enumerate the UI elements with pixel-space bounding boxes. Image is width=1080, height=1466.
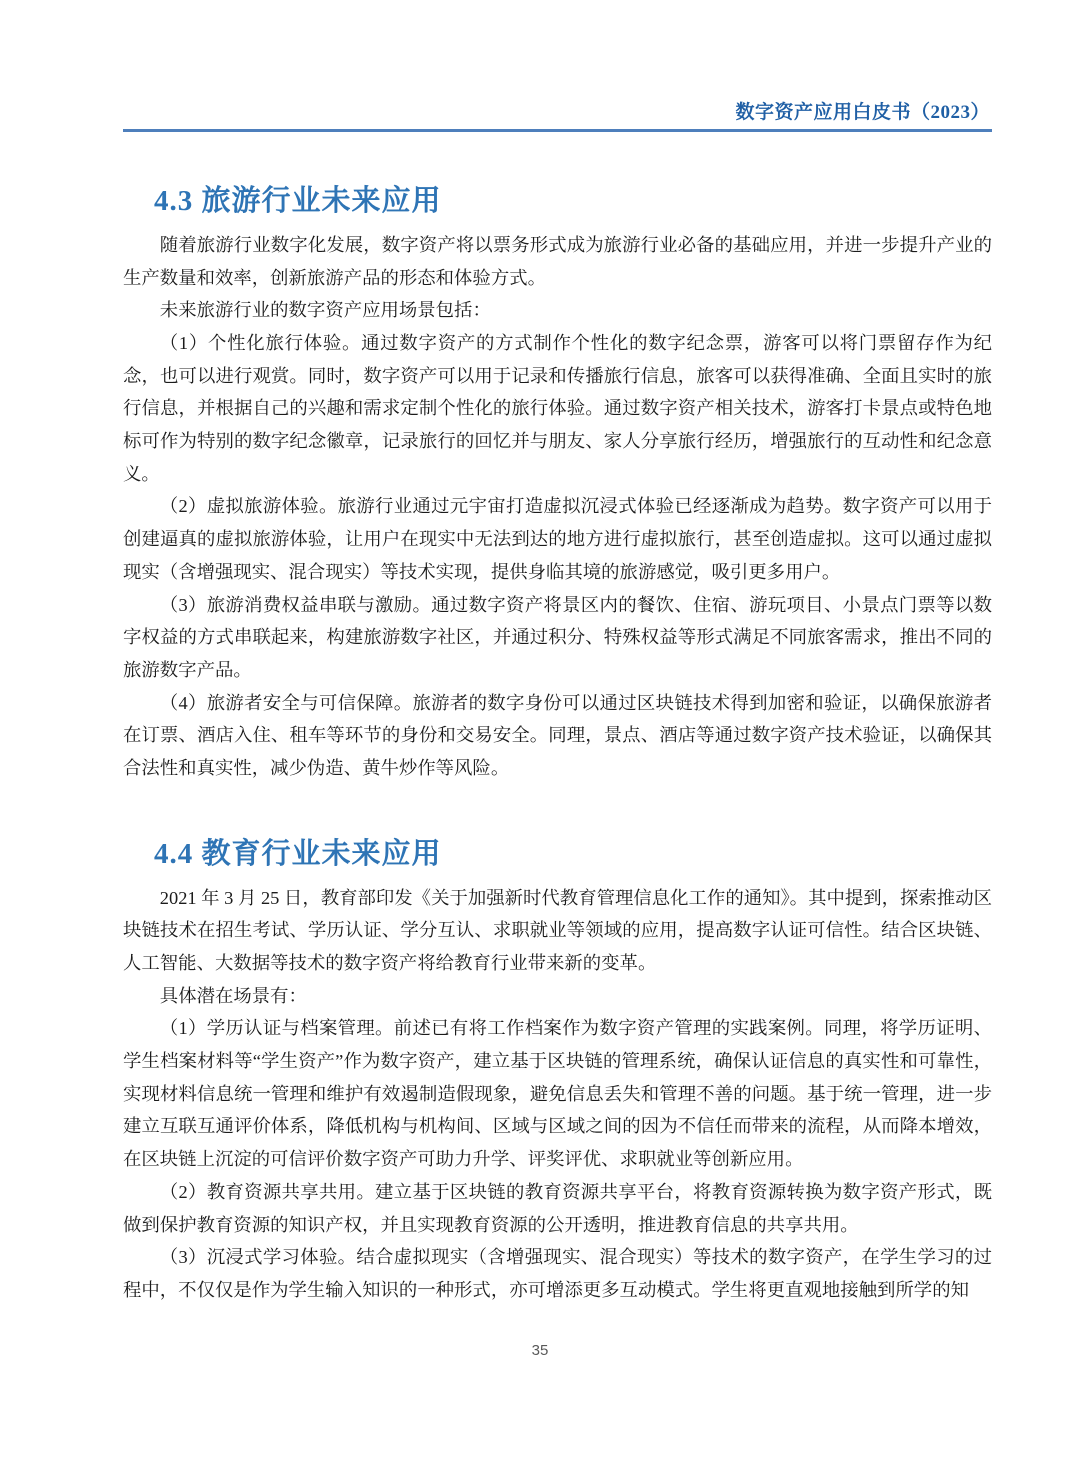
- document-body: 4.3 旅游行业未来应用 随着旅游行业数字化发展，数字资产将以票务形式成为旅游行…: [123, 184, 992, 1307]
- paragraph: （2）教育资源共享共用。建立基于区块链的教育资源共享平台，将教育资源转换为数字资…: [123, 1176, 992, 1241]
- paragraph: 具体潜在场景有：: [123, 980, 992, 1013]
- paragraph: （3）旅游消费权益串联与激励。通过数字资产将景区内的餐饮、住宿、游玩项目、小景点…: [123, 589, 992, 687]
- page-header: 数字资产应用白皮书（2023）: [123, 0, 992, 132]
- document-page: 数字资产应用白皮书（2023） 4.3 旅游行业未来应用 随着旅游行业数字化发展…: [0, 0, 1080, 1466]
- section-travel-industry: 4.3 旅游行业未来应用 随着旅游行业数字化发展，数字资产将以票务形式成为旅游行…: [123, 184, 992, 785]
- page-footer: 35: [0, 1342, 1080, 1360]
- paragraph: （4）旅游者安全与可信保障。旅游者的数字身份可以通过区块链技术得到加密和验证，以…: [123, 687, 992, 785]
- header-title: 数字资产应用白皮书（2023）: [735, 102, 990, 123]
- page-number: 35: [532, 1342, 549, 1359]
- paragraph: （1）个性化旅行体验。通过数字资产的方式制作个性化的数字纪念票，游客可以将门票留…: [123, 327, 992, 491]
- section-paragraphs-travel: 随着旅游行业数字化发展，数字资产将以票务形式成为旅游行业必备的基础应用，并进一步…: [123, 229, 992, 785]
- paragraph: （1）学历认证与档案管理。前述已有将工作档案作为数字资产管理的实践案例。同理，将…: [123, 1012, 992, 1176]
- section-education-industry: 4.4 教育行业未来应用 2021 年 3 月 25 日，教育部印发《关于加强新…: [123, 837, 992, 1307]
- section-heading-education: 4.4 教育行业未来应用: [154, 837, 992, 872]
- paragraph: （2）虚拟旅游体验。旅游行业通过元宇宙打造虚拟沉浸式体验已经逐渐成为趋势。数字资…: [123, 490, 992, 588]
- paragraph: 随着旅游行业数字化发展，数字资产将以票务形式成为旅游行业必备的基础应用，并进一步…: [123, 229, 992, 294]
- section-paragraphs-education: 2021 年 3 月 25 日，教育部印发《关于加强新时代教育管理信息化工作的通…: [123, 882, 992, 1307]
- section-heading-travel: 4.3 旅游行业未来应用: [154, 184, 992, 219]
- paragraph: 2021 年 3 月 25 日，教育部印发《关于加强新时代教育管理信息化工作的通…: [123, 882, 992, 980]
- paragraph: 未来旅游行业的数字资产应用场景包括：: [123, 294, 992, 327]
- paragraph: （3）沉浸式学习体验。结合虚拟现实（含增强现实、混合现实）等技术的数字资产，在学…: [123, 1241, 992, 1306]
